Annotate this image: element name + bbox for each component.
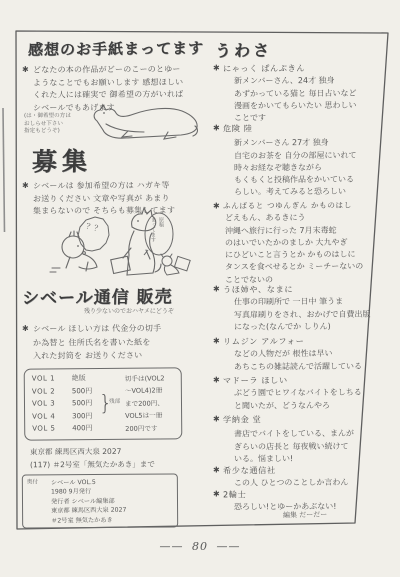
page-number-dash: ——	[160, 540, 184, 553]
stamp-note-line: 切手は(VOL2	[125, 372, 165, 385]
rumor-item: ✱希少な通信社 この人 ひとつのことしか言わん	[213, 464, 388, 490]
rumor-item: ✱うほ姉や、なまに 仕事の印刷所で 一日中 筆うま 写真扉刷りをされ、おかげで自…	[213, 283, 388, 333]
colophon-line: ＃2号室 無気たかあき	[51, 515, 126, 525]
address-line: (117) ＃2号室「無気たかあき」まで	[30, 458, 155, 472]
colophon-line: 東京都 練馬区西大泉 2027	[51, 506, 126, 516]
rumor-line: らしい。考えてみると恐ろしい	[234, 186, 388, 199]
recruit-line: シベールは 参加希望の方は ハガキ等	[33, 180, 204, 193]
asterisk-bullet-icon: ✱	[213, 413, 223, 425]
price-row: VOL 3 500円	[32, 397, 92, 410]
rumor-name: 2輪士	[223, 489, 246, 499]
recruit-line: 集まらないので そちらも募集してます	[33, 205, 204, 218]
vol-price: 300円	[72, 410, 92, 423]
colophon-box: 奥付 シベール VOL.5 1980 9月発行 発行者 シベール編集部 東京都 …	[22, 473, 178, 528]
asterisk-bullet-icon: ✱	[213, 122, 223, 134]
asterisk-bullet-icon: ✱	[213, 464, 223, 476]
asterisk-bullet-icon: ✱	[22, 64, 32, 76]
scanned-zine-page: { "page": { "dash_left": "——", "number":…	[0, 0, 400, 577]
rumor-name: うほ姉や、なまに	[223, 284, 293, 294]
page-number: 80	[188, 540, 212, 553]
vol-label: VOL 4	[32, 410, 72, 423]
horse-bubble-col: 原稿	[157, 217, 164, 253]
vol-price: 500円	[72, 385, 92, 398]
sales-line: か為替と 住所氏名を書いた紙を	[33, 335, 204, 349]
vol-price: 絶版	[72, 372, 86, 385]
rumor-line: 新メンバーさん、24才 独身	[234, 75, 388, 88]
rumor-line: 時々お経なぞ聴きながら	[234, 161, 388, 174]
price-row: VOL 2 500円	[32, 385, 92, 398]
stamp-note-line: 200円です	[125, 422, 165, 435]
sales-line: 入れた封筒を お送りください	[33, 349, 204, 363]
rumor-line: どえもん、あるきにう	[225, 212, 388, 225]
rumor-name: ふんばると つゆんぎん かものはし	[223, 201, 352, 211]
rumor-name: 学納金 堂	[223, 414, 261, 424]
feedback-section: ✱ どなたの本の作品がどーのこーのとゆー ようなことでもお願いします 感想ほしい…	[22, 64, 204, 114]
margin-note: (は・御希望の方は おしらせ下さい 指定もどうぞ)	[24, 113, 88, 136]
asterisk-bullet-icon: ✱	[213, 335, 223, 347]
rumor-name: にゃっく ぱんぷきん	[223, 63, 305, 73]
editor-signoff: 編集 だーだー	[283, 510, 327, 521]
recruit-line: お送りください 文章や写真が あまり	[33, 192, 204, 205]
rumor-line: 漫画をかいてもらいたい 思わしい	[234, 99, 388, 112]
rumor-line: などの人物だが 根性は早い	[234, 348, 388, 361]
recruit-section: ✱ シベールは 参加希望の方は ハガキ等 お送りください 文章や写真が あまり …	[22, 180, 204, 218]
feedback-line: くれた人には確実で 御希望の方がいれば	[33, 89, 204, 102]
rumor-item: ✱マドーラ ほしい ぶどう園でヒワイなバイトをしちる と聞いたが、どうなんやろ	[213, 374, 388, 412]
horse-bubble-col: まってます	[149, 217, 156, 253]
page-number-row: —— 80 ——	[0, 540, 400, 553]
crawling-baby-drawing	[50, 231, 97, 272]
asterisk-bullet-icon: ✱	[213, 374, 223, 386]
vol-price: 500円	[72, 397, 92, 410]
vol-label: VOL 2	[32, 385, 72, 398]
colophon-lines: シベール VOL.5 1980 9月発行 発行者 シベール編集部 東京都 練馬区…	[51, 478, 127, 526]
vol-label: VOL 5	[32, 423, 72, 436]
feedback-line: どなたの本の作品がどーのこーのとゆー	[33, 64, 204, 77]
horse-bubble-text: まってます 原稿	[149, 217, 164, 253]
sales-note: 残り少ないのでおハヤメにどうぞ	[84, 308, 204, 316]
feedback-line: ようなことでもお願いします 感想ほしい	[33, 76, 204, 89]
stamp-note-line: 〜VOL4)2冊	[125, 385, 165, 398]
price-box: VOL 1 絶版 VOL 2 500円 VOL 3 500円 VOL 4 300…	[24, 367, 183, 440]
price-rows: VOL 1 絶版 VOL 2 500円 VOL 3 500円 VOL 4 300…	[32, 372, 93, 435]
asterisk-bullet-icon: ✱	[22, 322, 32, 336]
margin-note-line: (は・御希望の方は	[24, 113, 88, 121]
asterisk-bullet-icon: ✱	[213, 200, 223, 212]
rumor-item: ✱にゃっく ぱんぷきん 新メンバーさん、24才 独身 あずかっている猫と 毎日占…	[213, 62, 388, 124]
asterisk-bullet-icon: ✱	[213, 488, 223, 500]
price-stamp-note: 切手は(VOL2 〜VOL4)2冊 まで200円、 VOL5は一冊 200円です	[125, 372, 165, 434]
rumor-line: のはいでいたかのましか 大九やぎ	[225, 236, 388, 249]
rumor-line: 沖縄へ旅行に行った 7月末毒蛇	[225, 224, 388, 237]
rumor-line: ぶどう園でヒワイなバイトをしちる	[234, 387, 388, 400]
rumor-line: あちこちの雑誌読んで活躍している	[234, 360, 388, 373]
rumor-line: タンスを食べせるとか ミーチーないの	[225, 261, 388, 274]
stamp-note-line: VOL5は一冊	[125, 410, 165, 423]
vol-label: VOL 1	[32, 372, 72, 385]
rumor-line: ぎらいの店長と 毎夜戦い続けて	[234, 440, 388, 453]
margin-note-line: 指定もどうぞ)	[24, 128, 88, 136]
heading-sales: シベール通信 販売	[22, 282, 173, 309]
vol-price: 400円	[72, 422, 92, 435]
sales-line: シベール ほしい方は 代金分の切手	[33, 322, 204, 336]
rumor-item: ✱学納金 堂 書店でバイトをしている、まんが ぎらいの店長と 毎夜戦い続けて い…	[213, 413, 388, 465]
asterisk-bullet-icon: ✱	[22, 180, 32, 192]
colophon-label: 奥付	[27, 479, 38, 487]
rumor-name: 希少な通信社	[223, 465, 276, 475]
price-row: VOL 4 300円	[32, 410, 92, 423]
rumor-line: 写真扉刷りをされ、おかげで自費出版	[234, 308, 388, 321]
price-row: VOL 1 絶版	[32, 372, 92, 385]
heading-feedback: 感想のお手紙まってます	[28, 37, 205, 60]
stamp-note-line: まで200円、	[125, 397, 165, 410]
rumor-line: あずかっている猫と 毎日占いなど	[234, 87, 388, 100]
price-row: VOL 5 400円	[32, 422, 92, 435]
address-line: 東京都 練馬区西大泉 2027	[30, 445, 155, 459]
heading-recruit: 募集	[32, 142, 93, 179]
price-brace-note: 残部	[109, 399, 120, 407]
scan-artifact-line	[3, 108, 5, 232]
rumor-name: 危険 陸	[223, 123, 253, 133]
heading-rumors: うわさ	[215, 38, 273, 62]
sales-section: ✱ シベール ほしい方は 代金分の切手 か為替と 住所氏名を書いた紙を 入れた封…	[22, 322, 204, 363]
rumor-line: 自宅のお茶を 自分の部屋にいれて	[234, 149, 388, 162]
rumor-name: マドーラ ほしい	[223, 375, 288, 385]
rumor-line: と聞いたが、どうなんやろ	[234, 399, 388, 412]
rumor-item: ✱ふんばると つゆんぎん かものはし どえもん、あるきにう 沖縄へ旅行に行った …	[213, 200, 388, 286]
rumor-line: 新メンバーさん 27才 独身	[234, 137, 388, 150]
mailing-address: 東京都 練馬区西大泉 2027 (117) ＃2号室「無気たかあき」まで	[30, 445, 155, 471]
rumor-line: 書店でバイトをしている、まんが	[234, 428, 388, 441]
page-number-dash: ——	[217, 540, 241, 553]
asterisk-bullet-icon: ✱	[213, 283, 223, 295]
asterisk-bullet-icon: ✱	[213, 62, 223, 74]
rumor-item: ✱リムジン アルフォー などの人物だが 根性は早い あちこちの雑誌読んで活躍して…	[213, 335, 388, 373]
vol-label: VOL 3	[32, 397, 72, 410]
rumor-line: 仕事の印刷所で 一日中 筆うま	[234, 296, 388, 309]
rumor-line: になった(なんでか しりん)	[234, 320, 388, 333]
rumor-name: リムジン アルフォー	[223, 336, 304, 346]
puppy-drawing	[161, 254, 190, 275]
rumor-item: ✱危険 陸 新メンバーさん 27才 独身 自宅のお茶を 自分の部屋にいれて 時々…	[213, 122, 388, 199]
